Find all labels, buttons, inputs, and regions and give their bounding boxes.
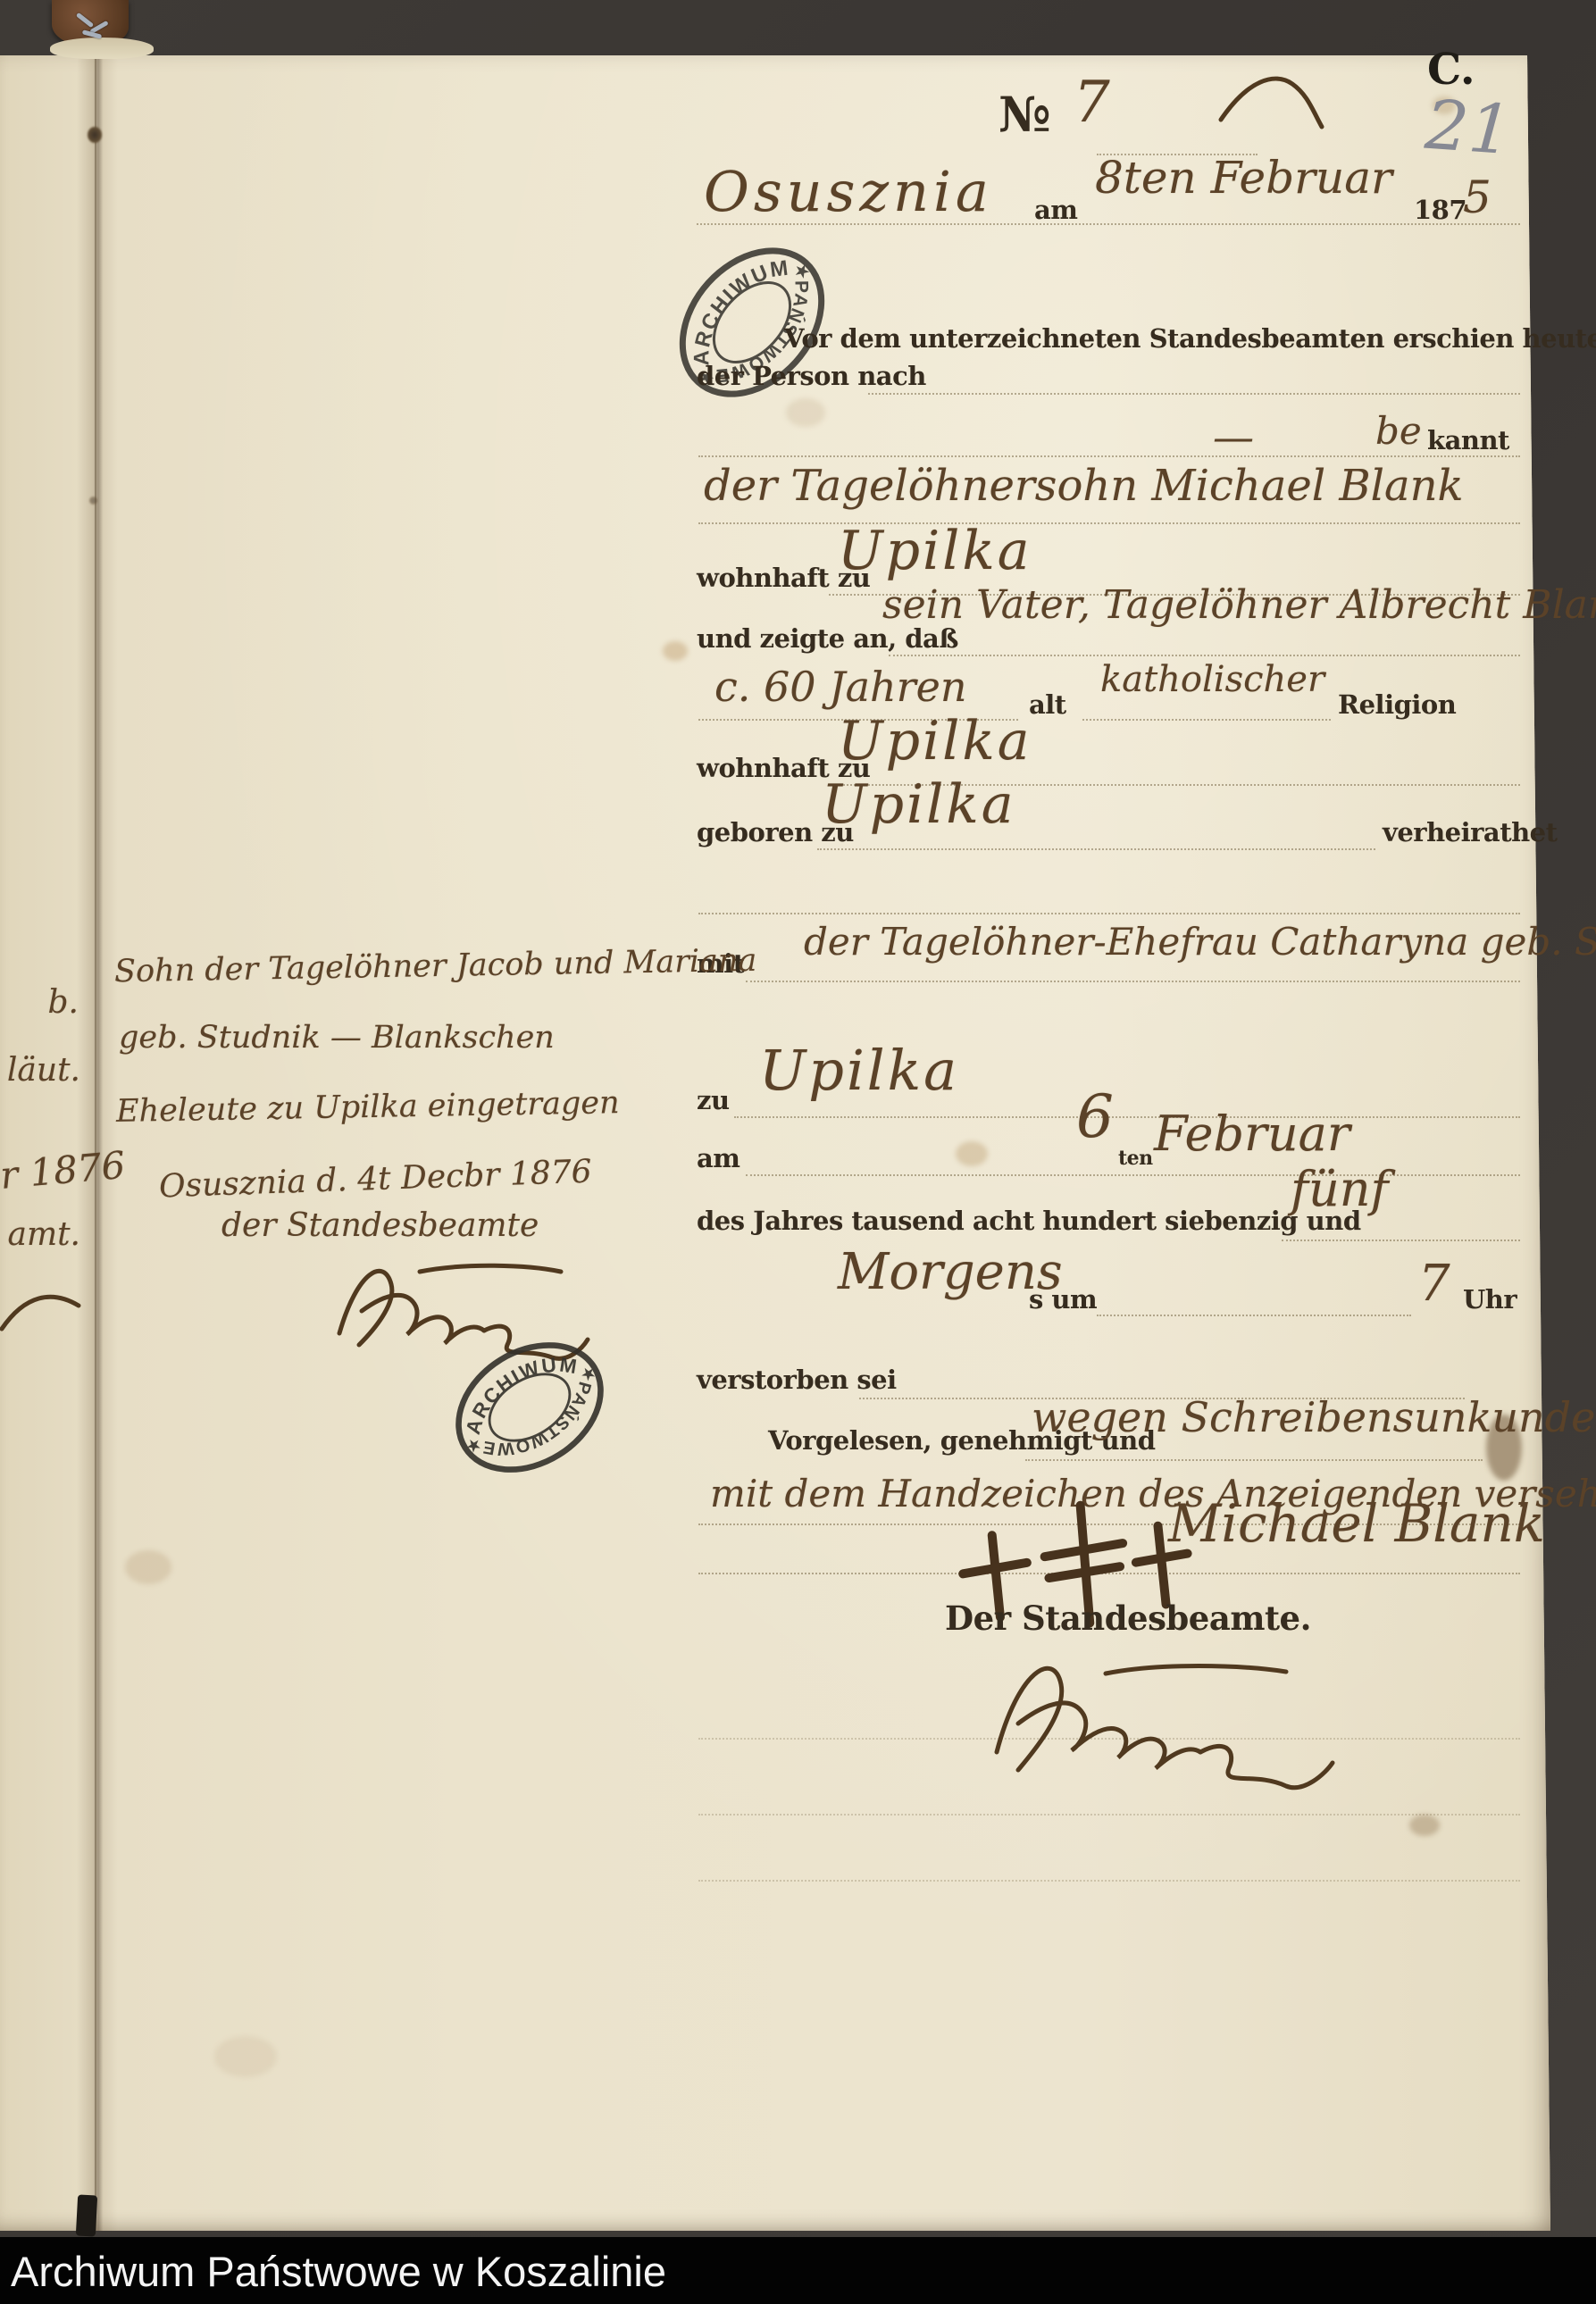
record-number-value: 7: [1074, 70, 1110, 136]
form-rule: [889, 655, 1520, 656]
form-rule: [698, 1880, 1520, 1882]
residence2-entry: Upilka: [838, 710, 1032, 772]
page-top-curl: [50, 38, 154, 59]
prev-page-fragment: b.: [0, 984, 79, 1021]
archive-footer-label: Archiwum Państwowe w Koszalinie: [11, 2247, 666, 2296]
year-printed: 187: [1414, 195, 1466, 225]
prev-page-flourish: [0, 1277, 85, 1340]
paper-hole: [88, 127, 102, 143]
date-entry: 8ten Februar: [1095, 152, 1392, 204]
form-rule: [1097, 1315, 1411, 1316]
identity-dash-entry: —: [1213, 413, 1254, 461]
religion-entry: katholischer: [1100, 659, 1324, 700]
bottom-gutter-shadow: [76, 2194, 97, 2236]
declarant-entry: der Tagelöhnersohn Michael Blank: [704, 461, 1464, 511]
reported-label: und zeigte an, daß: [697, 623, 958, 654]
fold-line: [95, 55, 96, 2231]
year-line-entry: fünf: [1291, 1161, 1389, 1217]
married-label: verheirathet: [1383, 817, 1558, 847]
pencil-page-number: 21: [1423, 85, 1515, 171]
hour-label: Uhr: [1463, 1284, 1517, 1315]
form-rule: [698, 455, 1520, 457]
form-rule: [746, 1174, 1520, 1176]
deceased-entry: sein Vater, Tagelöhner Albrecht Blank: [882, 582, 1596, 628]
stamp-star-icon: ★: [790, 259, 814, 282]
paper-hole: [89, 497, 97, 505]
prev-page-fragment: läut.: [0, 1052, 80, 1089]
form-rule: [1282, 1240, 1520, 1241]
signer-name-entry: Michael Blank: [1168, 1493, 1545, 1554]
closing-entry-1: wegen Schreibensunkunde: [1032, 1393, 1595, 1441]
place-entry: Osusznia: [704, 159, 993, 224]
form-rule: [698, 913, 1520, 914]
year-entry: 5: [1463, 171, 1492, 223]
form-rule: [868, 393, 1520, 395]
form-rule: [817, 848, 1375, 850]
intro-line: Vor dem unterzeichneten Standesbeamten e…: [784, 323, 1596, 354]
form-rule: [734, 1116, 1520, 1118]
form-rule: [1025, 1459, 1483, 1461]
registrar-label: Der Standesbeamte.: [945, 1599, 1311, 1638]
known-entry: be: [1375, 409, 1422, 453]
known-printed: kannt: [1427, 425, 1509, 455]
age-entry: c. 60 Jahren: [714, 663, 967, 711]
margin-note-line-5: der Standesbeamte: [221, 1207, 539, 1244]
death-place-label: zu: [697, 1085, 730, 1115]
death-month-entry: Februar: [1154, 1106, 1350, 1162]
record-number-label: №: [999, 86, 1050, 143]
spouse-entry: der Tagelöhner-Ehefrau Catharyna geb. Sp…: [804, 920, 1596, 964]
form-rule: [698, 1814, 1520, 1816]
residence-entry: Upilka: [838, 520, 1032, 582]
death-place-entry: Upilka: [759, 1038, 959, 1103]
on-label: am: [1034, 195, 1077, 225]
identity-label: der Person nach: [697, 361, 926, 391]
time-connector: s um: [1029, 1284, 1097, 1315]
pen-flourish: [1207, 64, 1333, 136]
religion-label: Religion: [1338, 689, 1456, 720]
margin-note-line-2: geb. Studnik — Blankschen: [119, 1020, 555, 1056]
form-rule: [698, 522, 1520, 524]
died-label: verstorben sei: [697, 1365, 897, 1395]
scanned-archive-page: { "footer": { "label": "Archiwum Państwo…: [0, 0, 1596, 2304]
prev-page-fragment: r 1876: [0, 1147, 84, 1198]
archive-footer-bar: Archiwum Państwowe w Koszalinie: [0, 2237, 1596, 2304]
prev-page-fragment: amt.: [0, 1216, 80, 1253]
born-entry: Upilka: [822, 773, 1015, 836]
death-day-suffix: ten: [1118, 1147, 1153, 1170]
age-label: alt: [1029, 689, 1066, 720]
registrar-signature: [972, 1638, 1356, 1799]
form-rule: [746, 981, 1520, 982]
hour-entry: 7: [1418, 1255, 1450, 1313]
form-rule: [1082, 719, 1331, 721]
death-date-label: am: [697, 1143, 740, 1173]
year-line-printed: des Jahres tausend acht hundert siebenzi…: [697, 1206, 1361, 1236]
death-day-entry: 6: [1076, 1082, 1114, 1151]
